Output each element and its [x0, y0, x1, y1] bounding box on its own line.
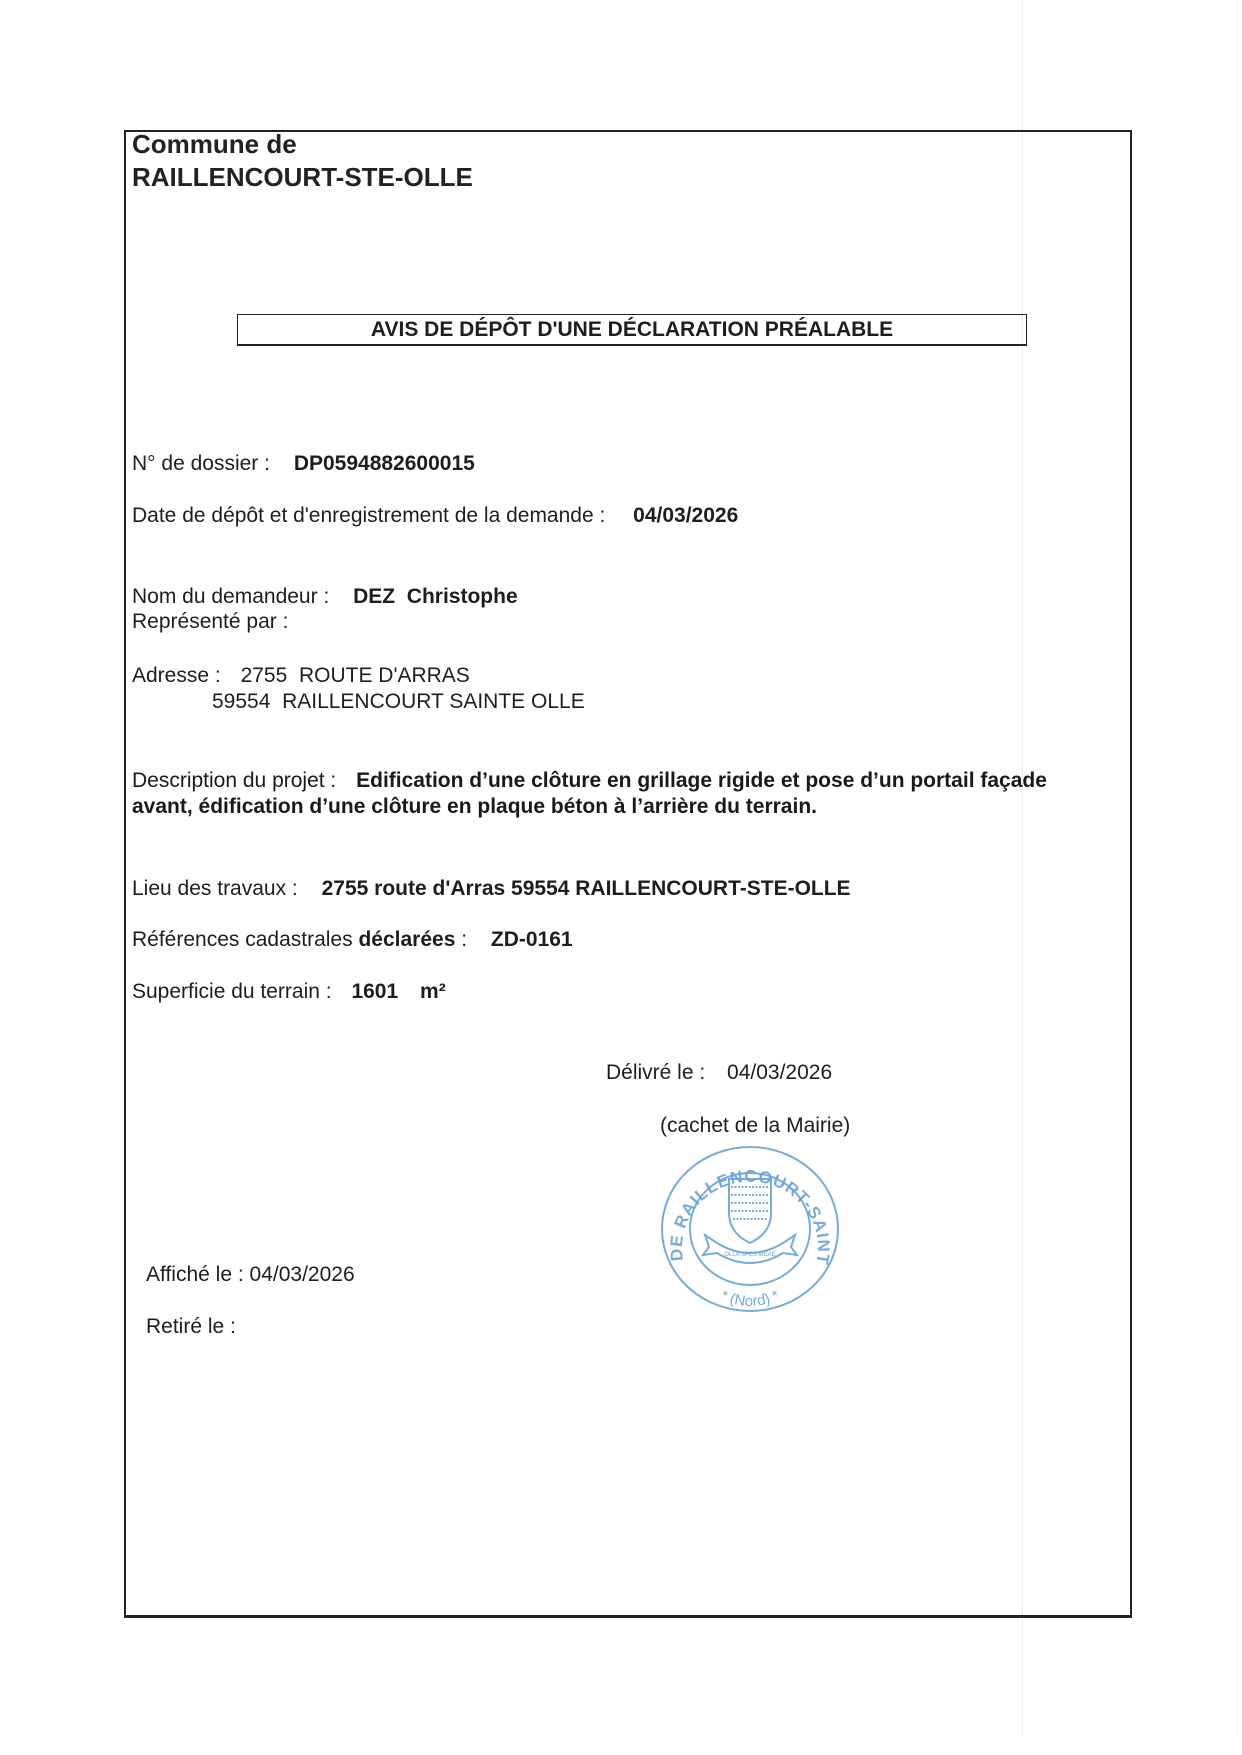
adresse-label: Adresse : [132, 664, 221, 687]
represente-row: Représenté par : [132, 609, 288, 635]
affiche-row: Affiché le : 04/03/2026 [146, 1262, 355, 1288]
commune-header: Commune de RAILLENCOURT-STE-OLLE [132, 128, 473, 194]
lieu-row: Lieu des travaux : 2755 route d'Arras 59… [132, 876, 851, 902]
date-depot-label: Date de dépôt et d'enregistrement de la … [132, 504, 605, 527]
lieu-value: 2755 route d'Arras 59554 RAILLENCOURT-ST… [322, 877, 851, 900]
demandeur-row: Nom du demandeur : DEZ Christophe [132, 584, 518, 610]
scan-artifact-line [1237, 0, 1238, 1735]
delivre-value: 04/03/2026 [727, 1061, 832, 1084]
affiche-label: Affiché le : [146, 1263, 244, 1286]
svg-text:* (Nord) *: * (Nord) * [718, 1287, 782, 1310]
svg-text:OLLA SPES MEAE: OLLA SPES MEAE [724, 1252, 775, 1258]
affiche-value: 04/03/2026 [250, 1263, 355, 1286]
dossier-label: N° de dossier : [132, 452, 270, 475]
date-depot-value: 04/03/2026 [633, 504, 738, 527]
dossier-row: N° de dossier : DP0594882600015 [132, 451, 475, 477]
document-frame [124, 130, 1132, 1618]
document-title: AVIS DE DÉPÔT D'UNE DÉCLARATION PRÉALABL… [237, 314, 1027, 346]
adresse-line2: 59554 RAILLENCOURT SAINTE OLLE [212, 690, 585, 713]
superficie-value: 1601 [351, 980, 398, 1003]
adresse-line1: 2755 ROUTE D'ARRAS [241, 664, 470, 687]
delivre-label: Délivré le : [606, 1061, 705, 1084]
retire-label: Retiré le : [146, 1315, 236, 1338]
adresse-row: Adresse : 2755 ROUTE D'ARRAS [132, 663, 470, 689]
cadastre-row: Références cadastrales déclarées : ZD-01… [132, 927, 573, 953]
demandeur-label: Nom du demandeur : [132, 585, 329, 608]
lieu-label: Lieu des travaux : [132, 877, 298, 900]
adresse-line2-row: 59554 RAILLENCOURT SAINTE OLLE [212, 689, 585, 715]
date-depot-row: Date de dépôt et d'enregistrement de la … [132, 503, 738, 529]
mairie-stamp-icon: MAIRIE DE RAILLENCOURT-SAINTE OLLE * (No… [657, 1139, 843, 1315]
description-row: Description du projet : Edification d’un… [132, 768, 1092, 820]
superficie-label: Superficie du terrain : [132, 980, 332, 1003]
superficie-row: Superficie du terrain : 1601 m² [132, 979, 446, 1005]
commune-name: RAILLENCOURT-STE-OLLE [132, 161, 473, 194]
cadastre-value: ZD-0161 [491, 928, 573, 951]
cadastre-label: Références cadastrales [132, 928, 353, 951]
cachet-label: (cachet de la Mairie) [660, 1113, 850, 1139]
commune-prefix: Commune de [132, 128, 473, 161]
demandeur-value: DEZ Christophe [353, 585, 518, 608]
represente-label: Représenté par : [132, 610, 288, 633]
retire-row: Retiré le : [146, 1314, 236, 1340]
dossier-value: DP0594882600015 [294, 452, 475, 475]
cadastre-colon: : [455, 928, 467, 951]
delivre-row: Délivré le : 04/03/2026 [606, 1060, 832, 1086]
description-label: Description du projet : [132, 769, 336, 792]
cadastre-label-bold: déclarées [358, 928, 455, 951]
superficie-unit: m² [420, 980, 446, 1003]
